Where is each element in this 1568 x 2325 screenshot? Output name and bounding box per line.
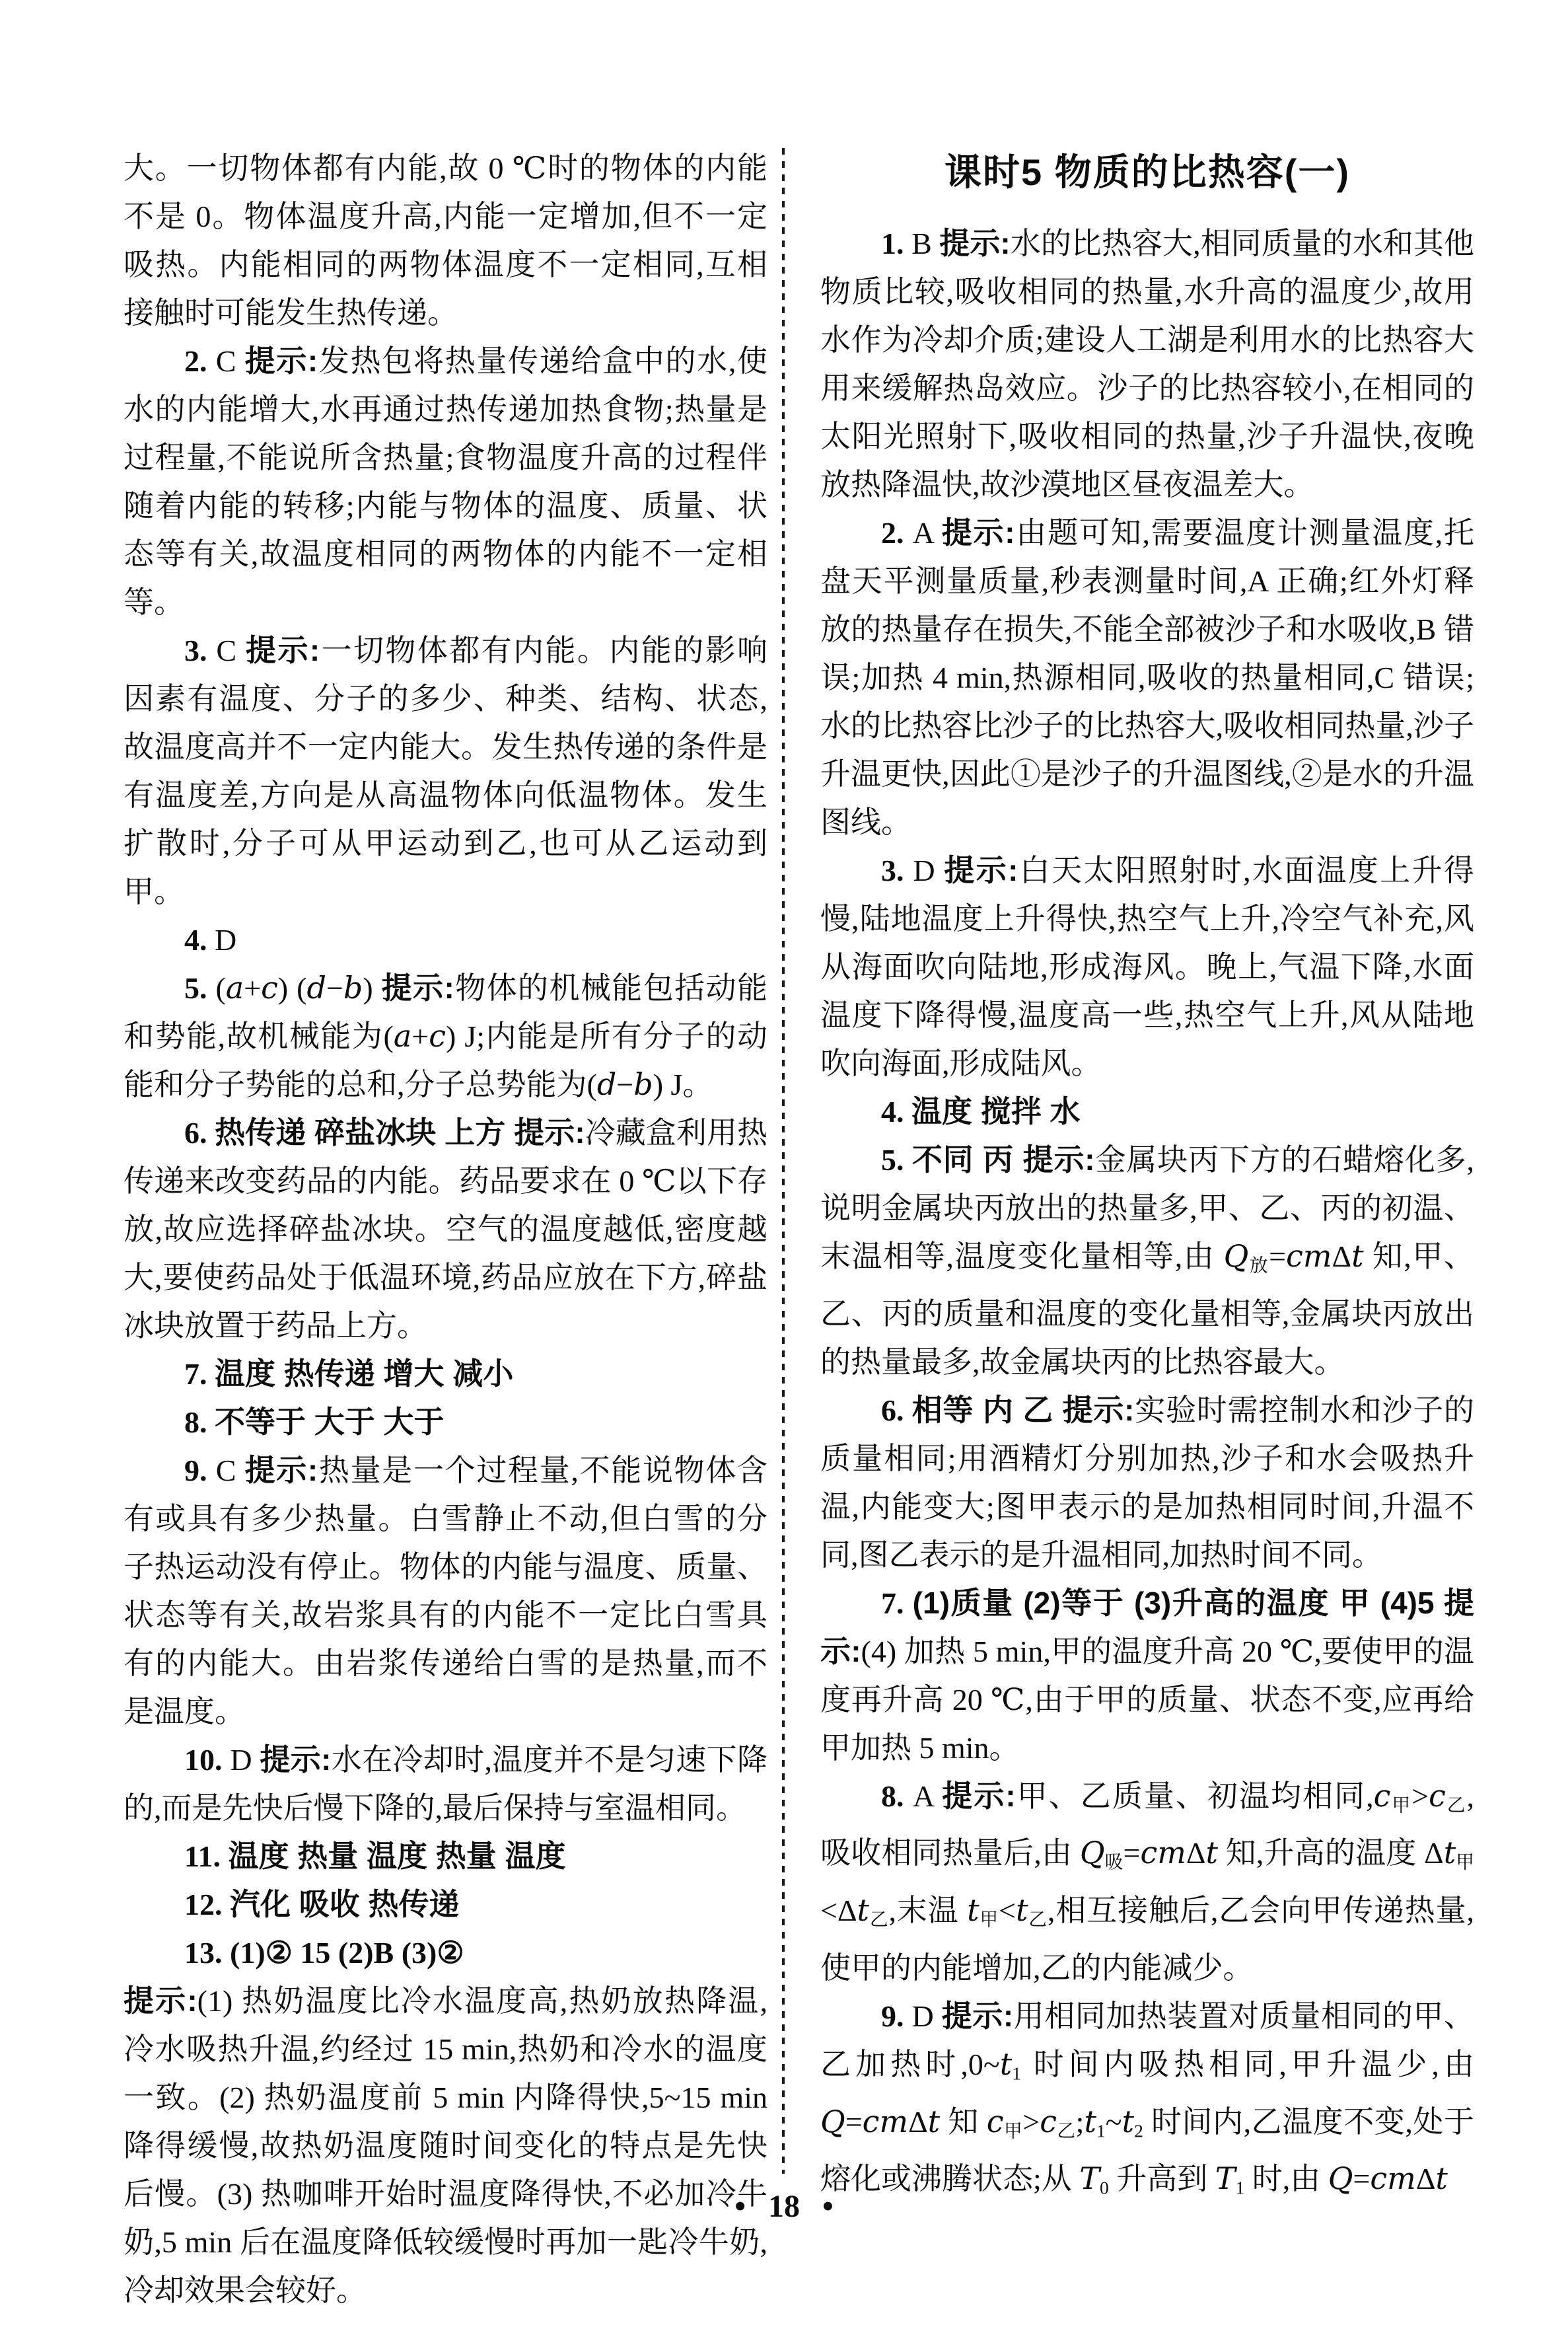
text-segment: 7. (881, 1586, 913, 1620)
text-segment: 5. (881, 1143, 912, 1177)
text-segment: 5. (184, 971, 215, 1005)
answer-item-7: 7. (1)质量 (2)等于 (3)升高的温度 甲 (4)5 提示:(4) 加热… (820, 1579, 1474, 1772)
text-segment: d (306, 970, 326, 1006)
text-segment: D (913, 854, 944, 887)
text-segment: cm (863, 2104, 908, 2139)
answer-item-9: 9. C 提示:热量是一个过程量,不能说物体含有或具有多少热量。白雪静止不动,但… (124, 1446, 767, 1736)
text-segment: + (411, 1019, 429, 1053)
text-segment: 由题可知,需要温度计测量温度,托盘天平测量质量,秒表测量时间,A 正确;红外灯释… (820, 516, 1474, 839)
text-segment: 9. (881, 1999, 912, 2033)
answer-item-3: 3. C 提示:一切物体都有内能。内能的影响因素有温度、分子的多少、种类、结构、… (124, 626, 767, 916)
text-segment: ~ (1106, 2105, 1122, 2139)
text-segment: 提示: (245, 344, 318, 378)
text-segment: 提示: (1063, 1393, 1135, 1427)
answer-item-10: 10. D 提示:水在冷却时,温度并不是匀速下降的,而是先快后慢下降的,最后保持… (124, 1736, 767, 1832)
right-column-body: 1. B 提示:水的比热容大,相同质量的水和其他物质比较,吸收相同的热量,水升高… (820, 219, 1474, 2212)
continued-text: 大。一切物体都有内能,故 0 ℃时的物体的内能不是 0。物体温度升高,内能一定增… (124, 144, 767, 337)
text-segment: 提示: (246, 633, 320, 667)
text-segment: 1. (881, 227, 911, 260)
text-segment: < (820, 1894, 837, 1927)
text-segment: 温度 搅拌 水 (911, 1094, 1081, 1128)
text-segment: < (999, 1894, 1016, 1927)
text-segment: − (326, 971, 343, 1005)
text-segment: 8. (881, 1779, 913, 1813)
text-segment: ( (215, 971, 225, 1005)
text-segment: (1) 热奶温度比冷水温度高,热奶放热降温,冷水吸热升温,约经过 15 min,… (124, 1984, 767, 2307)
text-segment: t (1016, 1892, 1028, 1928)
text-segment: t (1444, 1835, 1456, 1870)
answer-item-9: 9. D 提示:用相同加热装置对质量相同的甲、乙加热时,0~t1 时间内吸热相同… (820, 1992, 1474, 2212)
text-segment: t (1000, 2046, 1013, 2082)
text-segment: 放 (1248, 1255, 1269, 1276)
text-segment: 一切物体都有内能。内能的影响因素有温度、分子的多少、种类、结构、状态,故温度高并… (124, 634, 767, 908)
answer-item-12: 12. 汽化 吸收 热传递 (124, 1880, 767, 1929)
text-segment: t (1122, 2104, 1135, 2139)
right-column: 课时5 物质的比热容(一) 1. B 提示:水的比热容大,相同质量的水和其他物质… (820, 144, 1474, 2212)
text-segment: ,末温 (888, 1894, 967, 1927)
text-segment: ) J。 (653, 1068, 713, 1101)
text-segment: D (230, 1743, 260, 1777)
text-segment: 3. (184, 634, 216, 667)
text-segment: 12. (184, 1888, 230, 1921)
text-segment: c (1429, 1778, 1446, 1814)
text-segment: 发热包将热量传递给盒中的水,使水的内能增大,水再通过热传递加热食物;热量是过程量… (124, 344, 767, 619)
text-segment: Q (1080, 1835, 1105, 1870)
text-segment: C (216, 1454, 245, 1487)
text-segment: 4. (881, 1095, 911, 1128)
text-segment: cm (1286, 1238, 1332, 1274)
text-segment: t (967, 1892, 980, 1928)
text-segment: 热量是一个过程量,不能说物体含有或具有多少热量。白雪静止不动,但白雪的分子热运动… (124, 1454, 767, 1728)
text-segment: C (216, 634, 246, 667)
answer-item-4: 4. D (124, 916, 767, 964)
text-segment: > (1022, 2105, 1040, 2139)
text-segment: − (616, 1068, 633, 1101)
answer-item-7: 7. 温度 热传递 增大 减小 (124, 1350, 767, 1398)
text-segment: 甲、乙质量、初温均相同, (1016, 1779, 1374, 1813)
text-segment: 1 (1096, 2120, 1106, 2141)
answer-item-5: 5. 不同 丙 提示:金属块丙下方的石蜡熔化多,说明金属块丙放出的热量多,甲、乙… (820, 1136, 1474, 1386)
text-segment: 2. (881, 516, 913, 550)
answer-item-2: 2. A 提示:由题可知,需要温度计测量温度,托盘天平测量质量,秒表测量时间,A… (820, 509, 1474, 846)
answer-item-4: 4. 温度 搅拌 水 (820, 1088, 1474, 1136)
text-segment: = (1269, 1239, 1286, 1273)
text-segment: 温度 热量 温度 热量 温度 (228, 1839, 565, 1873)
text-segment: (1)质量 (2)等于 (3)升高的温度 甲 (4)5 (913, 1586, 1444, 1620)
text-segment: 13. (184, 1936, 230, 1970)
column-divider-dashed-line (782, 148, 785, 2174)
text-segment: D (215, 923, 236, 957)
text-segment: Δ (1424, 1836, 1444, 1870)
text-segment: 8. (184, 1405, 215, 1439)
text-segment: 时间内吸热相同,甲升温少,由 (1021, 2048, 1474, 2081)
text-segment: 冷藏盒利用热传递来改变药品的内能。药品要求在 0 ℃以下存放,故应选择碎盐冰块。… (124, 1116, 767, 1343)
answer-item-3: 3. D 提示:白天太阳照射时,水面温度上升得慢,陆地温度上升得快,热空气上升,… (820, 846, 1474, 1088)
text-segment: b (633, 1066, 653, 1102)
text-segment: 不同 丙 (912, 1142, 1023, 1177)
text-segment: 乙 (869, 1909, 888, 1930)
answer-item-5: 5. (a+c) (d−b) 提示:物体的机械能包括动能和势能,故机械能为(a+… (124, 964, 767, 1109)
text-segment: 6. (881, 1393, 912, 1427)
text-segment: 白天太阳照射时,水面温度上升得慢,陆地温度上升得快,热空气上升,冷空气补充,风从… (820, 854, 1474, 1080)
text-segment: 甲 (1004, 2120, 1023, 2141)
text-segment: 汽化 吸收 热传递 (230, 1887, 460, 1921)
text-segment: t (928, 2104, 941, 2139)
answer-item-8: 8. 不等于 大于 大于 (124, 1398, 767, 1446)
text-segment: 温度 热传递 增大 减小 (215, 1356, 513, 1391)
text-segment: A (913, 516, 942, 550)
text-segment: 提示: (939, 226, 1010, 260)
answer-item-6: 6. 相等 内 乙 提示:实验时需控制水和沙子的质量相同;用酒精灯分别加热,沙子… (820, 1386, 1474, 1579)
text-segment: 乙 (1057, 2120, 1076, 2141)
text-segment: 热传递 碎盐冰块 上方 (215, 1115, 514, 1150)
text-segment: = (845, 2105, 863, 2139)
text-segment: 甲 (1390, 1794, 1411, 1815)
text-segment: (4) 加热 5 min,甲的温度升高 20 ℃,要使甲的温度再升高 20 ℃,… (820, 1635, 1474, 1765)
text-segment: c (987, 2104, 1004, 2139)
text-segment: c (1040, 2104, 1057, 2139)
text-segment: D (912, 1999, 942, 2033)
text-segment: b (343, 970, 363, 1006)
text-segment: Δ (837, 1894, 857, 1927)
text-segment: 不等于 大于 大于 (215, 1405, 445, 1439)
text-segment: d (597, 1066, 616, 1102)
text-segment: 甲 (980, 1909, 999, 1930)
text-segment: 2. (184, 344, 216, 378)
text-segment: 乙 (1028, 1909, 1047, 1930)
text-segment: t (857, 1892, 870, 1928)
text-segment: 乙 (1446, 1794, 1467, 1815)
text-segment: c (429, 1018, 446, 1054)
section-title: 课时5 物质的比热容(一) (820, 148, 1474, 197)
text-segment: t (1205, 1835, 1218, 1870)
hint-paragraph-13: 提示:(1) 热奶温度比冷水温度高,热奶放热降温,冷水吸热升温,约经过 15 m… (124, 1977, 767, 2314)
text-segment: 7. (184, 1357, 215, 1391)
text-segment: 提示: (942, 515, 1015, 550)
text-segment: Δ (1332, 1239, 1351, 1273)
text-segment: B (911, 227, 939, 260)
text-segment: 提示: (124, 1983, 197, 2018)
text-segment: 4. (184, 923, 215, 957)
text-segment: t (1084, 2104, 1096, 2139)
text-segment: 1 (1012, 2063, 1021, 2084)
text-segment: a (226, 970, 244, 1006)
text-segment: A (913, 1779, 942, 1813)
text-segment: 知,升高的温度 (1218, 1836, 1424, 1870)
text-segment: a (394, 1018, 411, 1054)
text-segment: 2 (1134, 2120, 1143, 2141)
text-segment: + (244, 971, 261, 1005)
text-segment: 相等 内 乙 (912, 1393, 1063, 1427)
text-segment: 大。一切物体都有内能,故 0 ℃时的物体的内能不是 0。物体温度升高,内能一定增… (124, 151, 767, 330)
text-segment: 提示: (245, 1453, 318, 1487)
text-segment: Q (820, 2104, 845, 2139)
text-segment: > (1411, 1779, 1429, 1813)
answer-item-8: 8. A 提示:甲、乙质量、初温均相同,c甲>c乙,吸收相同热量后,由 Q吸=c… (820, 1772, 1474, 1992)
text-segment: 提示: (944, 853, 1018, 887)
text-segment: ) (363, 971, 381, 1005)
text-segment: 水的比热容大,相同质量的水和其他物质比较,吸收相同的热量,水升高的温度少,故用水… (820, 227, 1474, 501)
page-number: • 18 • (0, 2188, 1568, 2225)
text-segment: ) ( (278, 971, 307, 1005)
text-segment: 提示: (514, 1115, 585, 1150)
answer-item-13: 13. (1)② 15 (2)B (3)② (124, 1929, 767, 1977)
answer-item-1: 1. B 提示:水的比热容大,相同质量的水和其他物质比较,吸收相同的热量,水升高… (820, 219, 1474, 509)
text-segment: 6. (184, 1116, 215, 1150)
answer-item-6: 6. 热传递 碎盐冰块 上方 提示:冷藏盒利用热传递来改变药品的内能。药品要求在… (124, 1109, 767, 1350)
text-segment: 9. (184, 1454, 216, 1487)
text-segment: t (1351, 1238, 1364, 1274)
text-segment: C (216, 344, 245, 378)
text-segment: 吸 (1105, 1852, 1123, 1872)
text-segment: 提示: (1023, 1142, 1095, 1177)
text-segment: 10. (184, 1743, 230, 1777)
text-segment: 提示: (260, 1742, 331, 1777)
text-segment: 提示: (942, 1999, 1013, 2033)
text-segment: c (261, 970, 278, 1006)
answer-item-11: 11. 温度 热量 温度 热量 温度 (124, 1832, 767, 1880)
text-segment: Δ (1186, 1836, 1206, 1870)
text-segment: (1)② 15 (2)B (3)② (230, 1936, 464, 1970)
left-column: 大。一切物体都有内能,故 0 ℃时的物体的内能不是 0。物体温度升高,内能一定增… (124, 144, 767, 2314)
text-segment: 知 (940, 2105, 987, 2139)
answer-item-2: 2. C 提示:发热包将热量传递给盒中的水,使水的内能增大,水再通过热传递加热食… (124, 337, 767, 626)
text-segment: 3. (881, 854, 913, 887)
text-segment: 11. (184, 1839, 228, 1873)
text-segment: 提示: (382, 971, 454, 1005)
scanned-answer-page: 大。一切物体都有内能,故 0 ℃时的物体的内能不是 0。物体温度升高,内能一定增… (0, 0, 1568, 2325)
text-segment: 甲 (1456, 1852, 1474, 1872)
text-segment: c (1374, 1778, 1391, 1814)
text-segment: Q (1224, 1238, 1249, 1274)
text-segment: cm (1140, 1835, 1186, 1870)
text-segment: 提示: (942, 1779, 1015, 1813)
text-segment: Δ (908, 2105, 928, 2139)
text-segment: ; (1076, 2105, 1085, 2139)
text-segment: = (1123, 1836, 1141, 1870)
